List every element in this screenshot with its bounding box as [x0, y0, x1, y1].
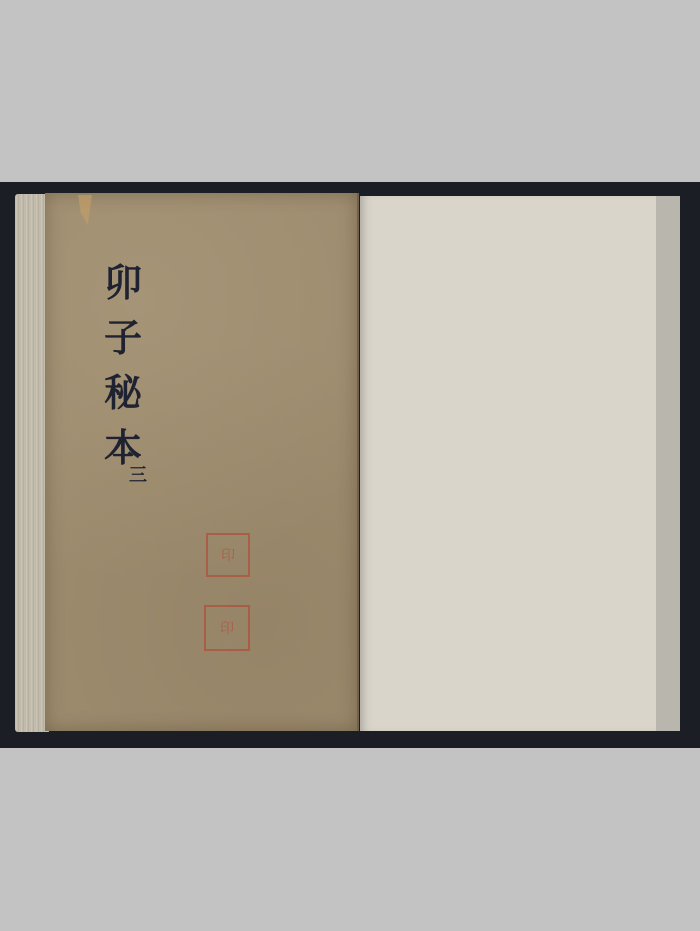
page-edges: [15, 194, 49, 732]
red-seal-stamp: 印: [206, 533, 250, 577]
book-cover: 卯 子 秘 本 三 印 印: [45, 193, 359, 731]
title-char-3: 秘: [93, 365, 153, 420]
title-char-2: 子: [93, 310, 153, 365]
cover-title: 卯 子 秘 本: [93, 255, 153, 475]
page-flap: [656, 196, 680, 731]
title-char-1: 卯: [93, 255, 153, 310]
volume-number: 三: [129, 461, 147, 487]
blank-page: [360, 196, 656, 731]
red-seal-stamp: 印: [204, 605, 250, 651]
cover-tear: [78, 195, 92, 225]
